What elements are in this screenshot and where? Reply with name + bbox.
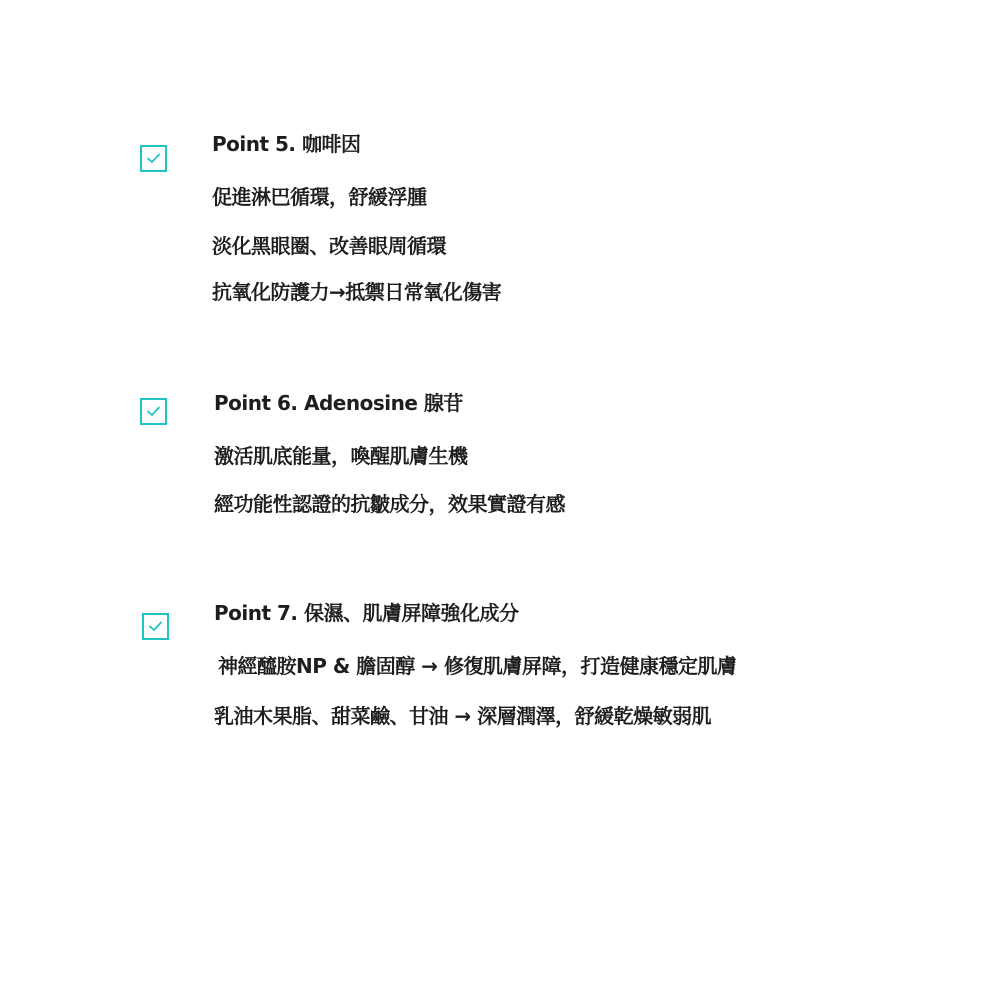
point-line: 激活肌底能量，喚醒肌膚生機	[214, 444, 468, 468]
checkbox-icon	[140, 398, 167, 425]
point-line: 抗氧化防護力→抵禦日常氧化傷害	[212, 280, 501, 304]
point-title: Point 7. 保濕、肌膚屏障強化成分	[214, 601, 519, 625]
checkbox-icon	[140, 145, 167, 172]
point-line: 神經醯胺NP & 膽固醇 → 修復肌膚屏障，打造健康穩定肌膚	[218, 654, 736, 678]
point-line: 乳油木果脂、甜菜鹼、甘油 → 深層潤澤，舒緩乾燥敏弱肌	[214, 704, 711, 728]
check-icon	[146, 405, 161, 417]
point-line: 淡化黑眼圈、改善眼周循環	[212, 234, 446, 258]
checkbox-icon	[142, 613, 169, 640]
point-title: Point 5. 咖啡因	[212, 132, 361, 156]
point-title: Point 6. Adenosine 腺苷	[214, 391, 463, 415]
point-line: 促進淋巴循環，舒緩浮腫	[212, 185, 427, 209]
check-icon	[148, 620, 163, 632]
point-line: 經功能性認證的抗皺成分，效果實證有感	[214, 492, 565, 516]
check-icon	[146, 152, 161, 164]
